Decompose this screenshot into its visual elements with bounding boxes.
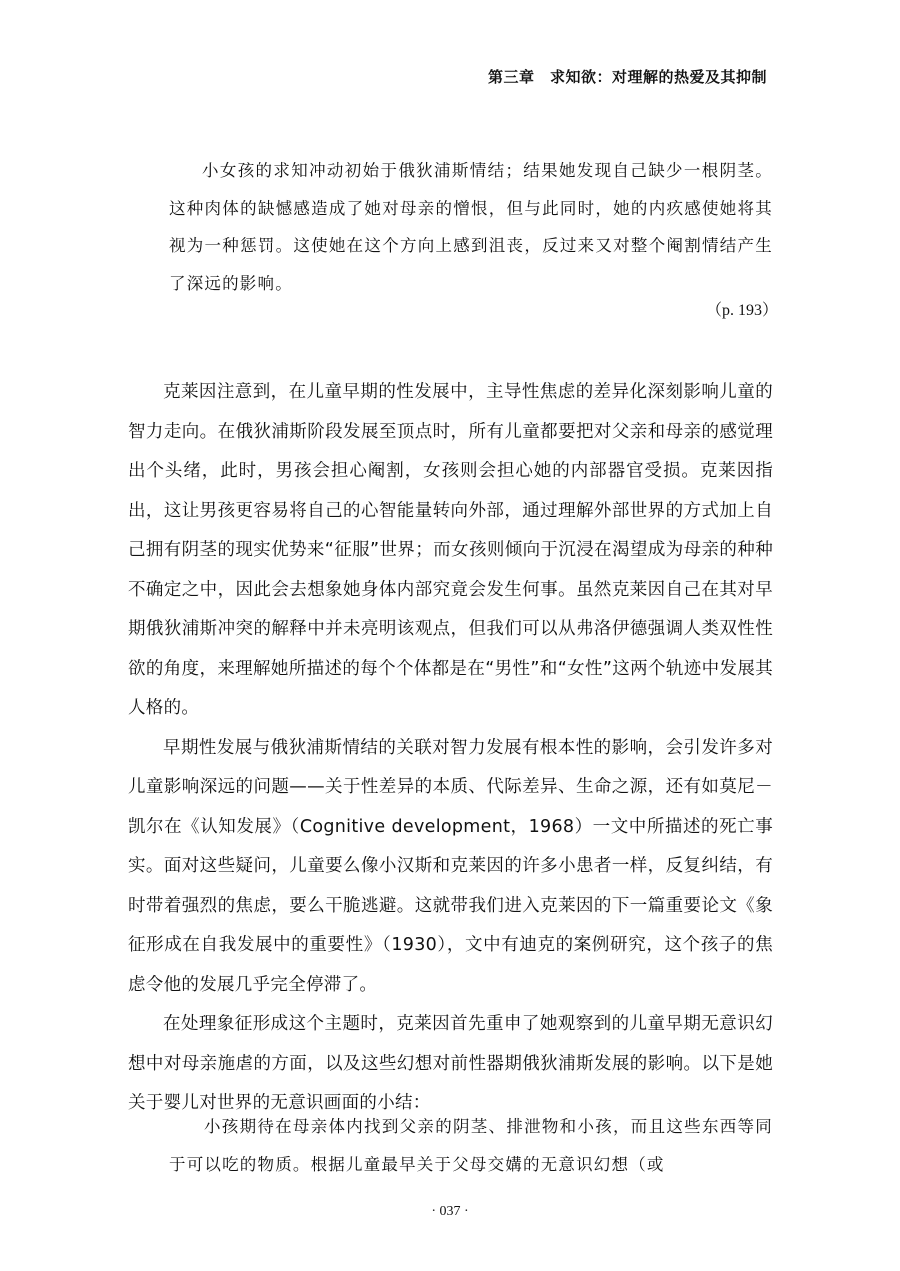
running-header: 第三章 求知欲：对理解的热爱及其抑制	[488, 66, 767, 87]
paragraph: 在处理象征形成这个主题时，克莱因首先重申了她观察到的儿童早期无意识幻想中对母亲施…	[128, 1005, 773, 1124]
block-quote-text: 小孩期待在母亲体内找到父亲的阴茎、排泄物和小孩，而且这些东西等同于可以吃的物质。…	[169, 1108, 773, 1183]
paragraph: 早期性发展与俄狄浦斯情结的关联对智力发展有根本性的影响，会引发许多对儿童影响深远…	[128, 729, 773, 1006]
block-quote: 小孩期待在母亲体内找到父亲的阴茎、排泄物和小孩，而且这些东西等同于可以吃的物质。…	[169, 1108, 773, 1183]
body-text: 克莱因注意到，在儿童早期的性发展中，主导性焦虑的差异化深刻影响儿童的智力走向。在…	[128, 373, 773, 1124]
block-quote: 小女孩的求知冲动初始于俄狄浦斯情结；结果她发现自己缺少一根阴茎。这种肉体的缺憾感…	[169, 152, 773, 302]
page-number: · 037 ·	[0, 1204, 900, 1220]
citation: （p. 193）	[706, 297, 778, 320]
paragraph: 克莱因注意到，在儿童早期的性发展中，主导性焦虑的差异化深刻影响儿童的智力走向。在…	[128, 373, 773, 729]
block-quote-text: 小女孩的求知冲动初始于俄狄浦斯情结；结果她发现自己缺少一根阴茎。这种肉体的缺憾感…	[169, 152, 773, 302]
